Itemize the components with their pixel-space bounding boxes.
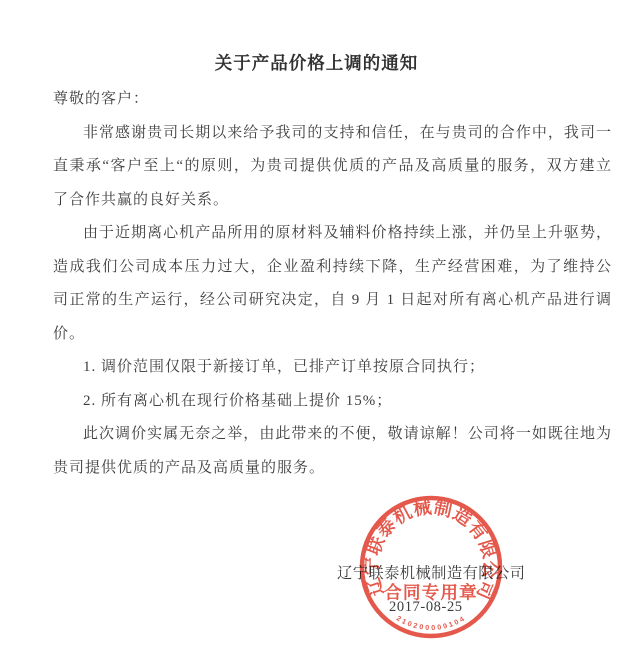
notice-title: 关于产品价格上调的通知 (0, 0, 633, 74)
paragraph-thanks: 非常感谢贵司长期以来给予我司的支持和信任，在与贵司的合作中，我司一直秉承“客户至… (53, 117, 612, 218)
paragraph-reason: 由于近期离心机产品所用的原材料及辅料价格持续上涨，并仍呈上升驱势，造成我们公司成… (53, 217, 612, 351)
company-seal: 辽宁联泰机械制造有限公司 合同专用章 2102000091044 (356, 492, 506, 642)
salutation: 尊敬的客户： (53, 83, 612, 117)
seal-center-text: 合同专用章 (384, 583, 478, 603)
notice-body: 尊敬的客户： 非常感谢贵司长期以来给予我司的支持和信任，在与贵司的合作中，我司一… (53, 83, 612, 485)
list-item-scope: 1. 调价范围仅限于新接订单，已排产订单按原合同执行； (53, 351, 612, 385)
list-item-increase: 2. 所有离心机在现行价格基础上提价 15%； (53, 385, 612, 419)
notice-document-page: 关于产品价格上调的通知 尊敬的客户： 非常感谢贵司长期以来给予我司的支持和信任，… (0, 0, 633, 668)
paragraph-closing: 此次调价实属无奈之举，由此带来的不便，敬请谅解！公司将一如既往地为贵司提供优质的… (53, 418, 612, 485)
